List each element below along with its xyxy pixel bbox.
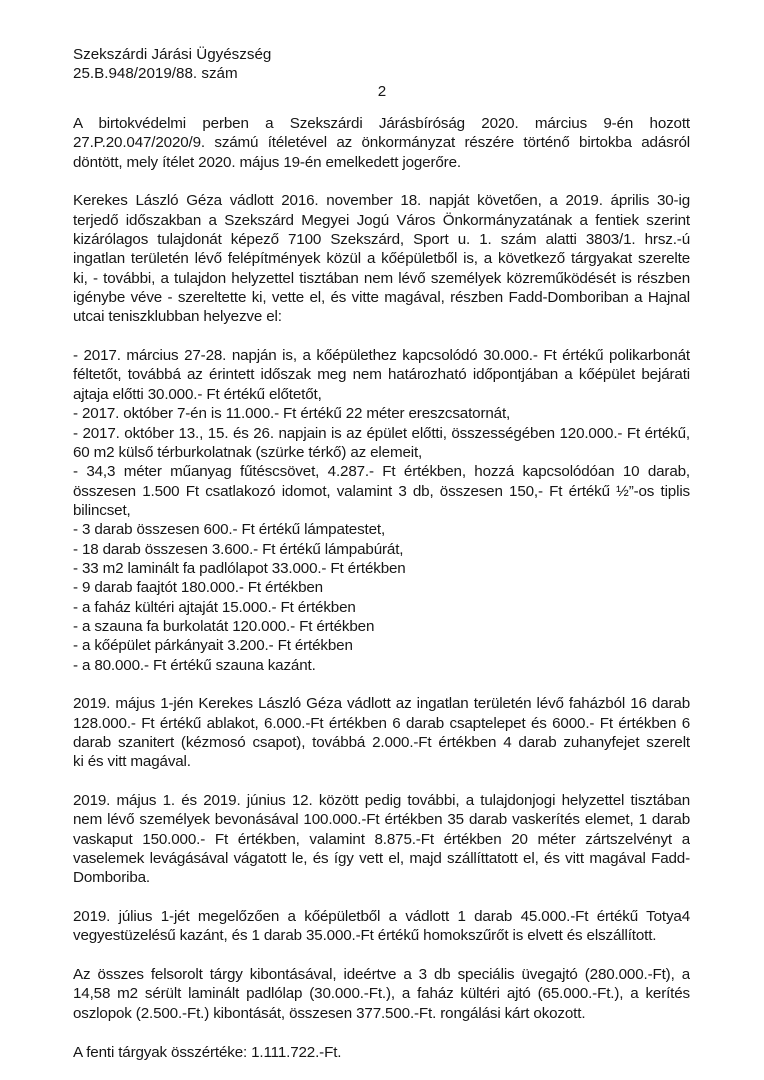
text-line: féltetőt, továbbá az érintett időszak me…	[73, 365, 690, 384]
text-line: - 2017. október 13., 15. és 26. napjain …	[73, 424, 690, 443]
text-line: igénybe véve - szereltette ki, vette el,…	[73, 288, 690, 307]
text-line: ingatlan területén lévő felépítmények kö…	[73, 249, 690, 268]
text-line: terjedő időszakban a Szekszárd Megyei Jo…	[73, 211, 690, 230]
text-line: ajtaja előtti 30.000.- Ft értékű előtető…	[73, 385, 690, 404]
paragraph-judgment: A birtokvédelmi perben a Szekszárdi Járá…	[73, 114, 690, 172]
text-line: 2019. május 1-jén Kerekes László Géza vá…	[73, 694, 690, 713]
text-line: utcai teniszklubban helyezve el:	[73, 307, 690, 326]
text-line: vaskaput 150.000.- Ft értékben, valamint…	[73, 830, 690, 849]
text-line: vegyestüzelésű kazánt, és 1 darab 35.000…	[73, 926, 690, 945]
document-header: Szekszárdi Járási Ügyészség 25.B.948/201…	[73, 45, 271, 84]
text-line: ki és vitt magával.	[73, 752, 690, 771]
list-removed-items: - 2017. március 27-28. napján is, a kőép…	[73, 346, 690, 675]
paragraph-total-value: A fenti tárgyak összértéke: 1.111.722.-F…	[73, 1043, 690, 1062]
paragraph-boiler: 2019. július 1-jét megelőzően a kőépület…	[73, 907, 690, 946]
paragraph-fence-removal: 2019. május 1. és 2019. június 12. közöt…	[73, 791, 690, 888]
text-line: 14,58 m2 sérült laminált padlólap (30.00…	[73, 984, 690, 1003]
text-line: nem lévő személyek bevonásával 100.000.-…	[73, 810, 690, 829]
text-line: - 18 darab összesen 3.600.- Ft értékű lá…	[73, 540, 690, 559]
paragraph-defendant-acts: Kerekes László Géza vádlott 2016. novemb…	[73, 191, 690, 326]
document-body: A birtokvédelmi perben a Szekszárdi Járá…	[73, 114, 690, 1080]
text-line: 128.000.- Ft értékű ablakot, 6.000.-Ft é…	[73, 714, 690, 733]
text-line: ki, - további, a tulajdon helyzettel tis…	[73, 269, 690, 288]
text-line: - 9 darab faajtót 180.000.- Ft értékben	[73, 578, 690, 597]
text-line: - 2017. október 7-én is 11.000.- Ft érté…	[73, 404, 690, 423]
text-line: összesen 1.500 Ft csatlakozó idomot, val…	[73, 482, 690, 501]
paragraph-damages: Az összes felsorolt tárgy kibontásával, …	[73, 965, 690, 1023]
paragraph-may-first: 2019. május 1-jén Kerekes László Géza vá…	[73, 694, 690, 771]
text-line: - 33 m2 laminált fa padlólapot 33.000.- …	[73, 559, 690, 578]
text-line: - 34,3 méter műanyag fűtéscsövet, 4.287.…	[73, 462, 690, 481]
text-line: - 2017. március 27-28. napján is, a kőép…	[73, 346, 690, 365]
text-line: 2019. május 1. és 2019. június 12. közöt…	[73, 791, 690, 810]
text-line: A birtokvédelmi perben a Szekszárdi Járá…	[73, 114, 690, 133]
text-line: A fenti tárgyak összértéke: 1.111.722.-F…	[73, 1043, 690, 1062]
text-line: 27.P.20.047/2020/9. számú ítéletével az …	[73, 133, 690, 152]
text-line: darab szanitert (kézmosó csapot), tovább…	[73, 733, 690, 752]
text-line: - 3 darab összesen 600.- Ft értékű lámpa…	[73, 520, 690, 539]
text-line: - a szauna fa burkolatát 120.000.- Ft ér…	[73, 617, 690, 636]
text-line: - a kőépület párkányait 3.200.- Ft érték…	[73, 636, 690, 655]
text-line: döntött, mely ítélet 2020. május 19-én e…	[73, 153, 690, 172]
text-line: oszlopok (2.500.-Ft.) kibontását, összes…	[73, 1004, 690, 1023]
page-number: 2	[0, 82, 764, 101]
text-line: vaselemek levágásával vágatott le, és íg…	[73, 849, 690, 868]
document-page: Szekszárdi Járási Ügyészség 25.B.948/201…	[0, 0, 764, 1080]
text-line: Domboriba.	[73, 868, 690, 887]
text-line: - a faház kültéri ajtaját 15.000.- Ft ér…	[73, 598, 690, 617]
office-name: Szekszárdi Járási Ügyészség	[73, 45, 271, 64]
text-line: Az összes felsorolt tárgy kibontásával, …	[73, 965, 690, 984]
text-line: Kerekes László Géza vádlott 2016. novemb…	[73, 191, 690, 210]
text-line: 2019. július 1-jét megelőzően a kőépület…	[73, 907, 690, 926]
text-line: bilincset,	[73, 501, 690, 520]
text-line: - a 80.000.- Ft értékű szauna kazánt.	[73, 656, 690, 675]
case-number: 25.B.948/2019/88. szám	[73, 64, 271, 83]
text-line: kizárólagos tulajdonát képező 7100 Szeks…	[73, 230, 690, 249]
text-line: 60 m2 külső térburkolatnak (szürke térkő…	[73, 443, 690, 462]
